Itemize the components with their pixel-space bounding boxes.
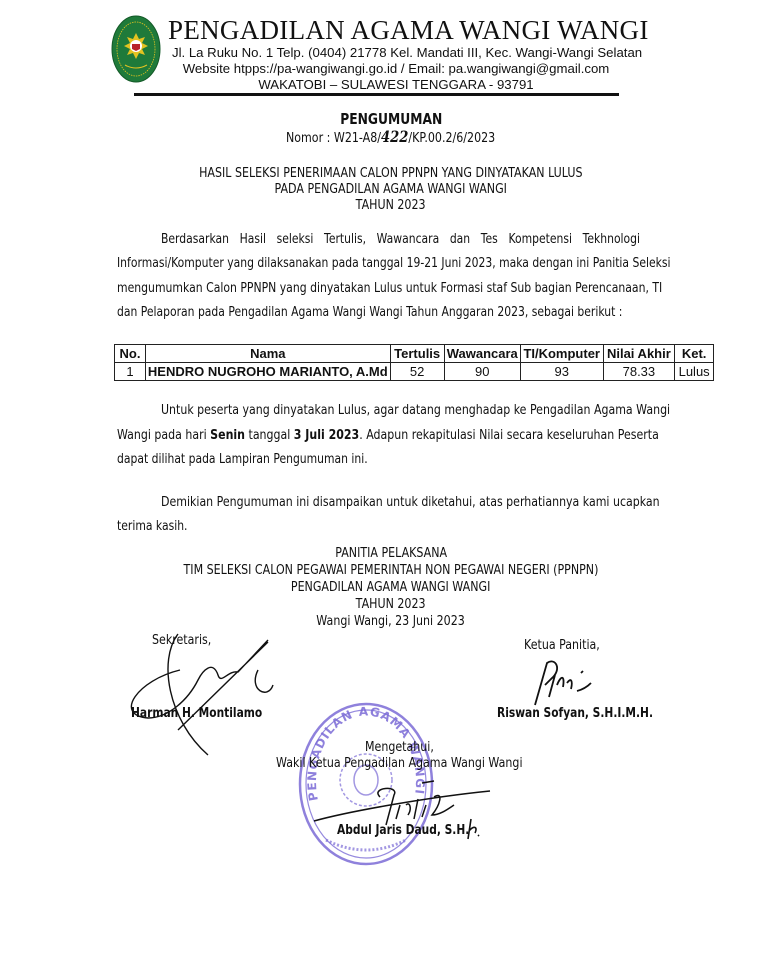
chair-signature-icon bbox=[515, 655, 605, 707]
institution-location: WAKATOBI – SULAWESI TENGGARA - 93791 bbox=[172, 77, 620, 93]
institution-address: Jl. La Ruku No. 1 Telp. (0404) 21778 Kel… bbox=[172, 45, 620, 61]
institution-name: PENGADILAN AGAMA WANGI WANGI bbox=[168, 14, 649, 46]
col-tertulis: Tertulis bbox=[390, 345, 444, 363]
announcement-heading: PENGUMUMAN bbox=[0, 109, 782, 128]
cell-wawancara: 90 bbox=[444, 363, 520, 381]
chair-name: Riswan Sofyan, S.H.I.M.H. bbox=[497, 706, 653, 721]
followup-line-3: dapat dilihat pada Lampiran Pengumuman i… bbox=[117, 451, 368, 467]
cell-no: 1 bbox=[115, 363, 146, 381]
announcement-number: Nomor : W21-A8/422/KP.00.2/6/2023 bbox=[0, 127, 782, 146]
col-ket: Ket. bbox=[675, 345, 714, 363]
table-header-row: No. Nama Tertulis Wawancara TI/Komputer … bbox=[115, 345, 714, 363]
closing-line-1: Demikian Pengumuman ini disampaikan untu… bbox=[161, 494, 660, 510]
handwritten-number: 422 bbox=[381, 127, 408, 146]
col-ti-komputer: TI/Komputer bbox=[520, 345, 603, 363]
cell-ket: Lulus bbox=[675, 363, 714, 381]
col-no: No. bbox=[115, 345, 146, 363]
initial-paraf-icon bbox=[466, 817, 482, 841]
followup-line-2: Wangi pada hari Senin tanggal 3 Juli 202… bbox=[117, 427, 659, 443]
col-wawancara: Wawancara bbox=[444, 345, 520, 363]
intro-line-4: dan Pelaporan pada Pengadilan Agama Wang… bbox=[117, 304, 622, 320]
results-table: No. Nama Tertulis Wawancara TI/Komputer … bbox=[114, 344, 714, 381]
cell-nama: HENDRO NUGROHO MARIANTO, A.Md bbox=[145, 363, 390, 381]
col-nama: Nama bbox=[145, 345, 390, 363]
followup-line-1: Untuk peserta yang dinyatakan Lulus, aga… bbox=[161, 402, 670, 418]
acknowledged-label: Mengetahui, bbox=[365, 740, 434, 755]
cell-nilai-akhir: 78.33 bbox=[603, 363, 675, 381]
intro-line-2: Informasi/Komputer yang dilaksanakan pad… bbox=[117, 255, 671, 271]
secretary-name: Harman H. Montilamo bbox=[131, 706, 262, 721]
intro-line-1: Berdasarkan Hasil seleksi Tertulis, Wawa… bbox=[161, 231, 640, 247]
intro-line-3: mengumumkan Calon PPNPN yang dinyatakan … bbox=[117, 280, 662, 296]
secretary-signature-icon bbox=[118, 630, 278, 760]
chair-role: Ketua Panitia, bbox=[524, 638, 600, 653]
court-emblem-icon bbox=[111, 15, 161, 83]
acknowledged-name: Abdul Jaris Daud, S.H. bbox=[337, 823, 469, 838]
announcement-subtitle-3: TAHUN 2023 bbox=[0, 194, 782, 213]
cell-ti-komputer: 93 bbox=[520, 363, 603, 381]
closing-line-2: terima kasih. bbox=[117, 518, 187, 534]
table-row: 1 HENDRO NUGROHO MARIANTO, A.Md 52 90 93… bbox=[115, 363, 714, 381]
cell-tertulis: 52 bbox=[390, 363, 444, 381]
acknowledged-role: Wakil Ketua Pengadilan Agama Wangi Wangi bbox=[276, 756, 523, 771]
col-nilai-akhir: Nilai Akhir bbox=[603, 345, 675, 363]
institution-web-email: Website htpps://pa-wangiwangi.go.id / Em… bbox=[172, 61, 620, 77]
letterhead-divider bbox=[134, 93, 619, 96]
place-date: Wangi Wangi, 23 Juni 2023 bbox=[0, 610, 782, 629]
